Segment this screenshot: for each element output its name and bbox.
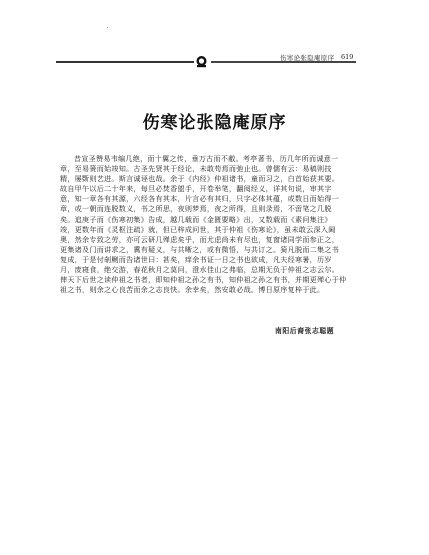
publisher-emblem-icon: [194, 54, 208, 68]
body-line: 更集诸及门而讲求之，冀有疑义，与共晰之，或有微悟，与共订之。猗凡脱而二集之书: [60, 245, 372, 255]
body-line: 章，至易箦而始竣知。古圣先贤其于经论，未敢苟焉而弛止也。曾儒有云：易稿则技: [60, 164, 372, 174]
body-line: 奥，然余专致之劳，亦可云研几殚虑矣乎，而尤虑尚未有尽也，复窗诸同学而参正之，: [60, 235, 372, 245]
page-title: 伤寒论张隐庵原序: [0, 108, 429, 133]
running-title: 伤寒论张隐庵原序: [280, 53, 334, 62]
body-line: 意，知一章各有其源，六经各有其本，片言必有其归，只字必体其蕴，或数日而始得一: [60, 194, 372, 204]
body-text: 昔宣圣赞易韦编几绝，而十翼之传，垂万古而不敝。考亭著书，历几年所而诚意一 章，至…: [60, 154, 372, 295]
body-line: 昔宣圣赞易韦编几绝，而十翼之传，垂万古而不敝。考亭著书，历几年所而诚意一: [60, 154, 372, 164]
body-line: 俾天下后世之读仲祖之书者，即知仲祖之孙之有书，知仲祖之孙之有书，并期更殚心于仲: [60, 275, 372, 285]
header-rule-left: [56, 61, 194, 63]
body-line: 祖之书，则余之心良苦而余之志良快。余幸矣，然安敢必哉。博日原序复梓于此。: [60, 285, 372, 295]
scan-speck: [107, 27, 108, 28]
signature: 南阳后裔张志聪题: [275, 325, 334, 335]
body-line: 矣。追庚子而《伤寒初集》告成，越几载而《金匮要略》出，又数载而《素问集注》: [60, 215, 372, 225]
body-line: 月，废寝食，绝交游，春花秋月之莫问，澄水佳山之弗临，总期无负于仲祖之志云尔。: [60, 265, 372, 275]
page-header: 伤寒论张隐庵原序 619: [56, 57, 356, 67]
body-line: 精，屡斲则艺进。斯言诚诬也哉。余于《内经》仲祖诸书，童而习之，白首始获其要。: [60, 174, 372, 184]
body-line: 章，或一朝而连脱数义，书之所思，夜则梦焉，夜之所得，且则录焉，不啻笔之几脱: [60, 204, 372, 214]
page-number: 619: [341, 53, 353, 61]
body-line: 故自甲午以后二十年来，每旦必焚香盥手，开卷举笔，翻阅经义，详其句说，审其字: [60, 184, 372, 194]
body-line: 复成，于是付剞劂而告诸世曰：甚矣，痒余书证一日之书也欲成，凡夫经寒暑，历岁: [60, 255, 372, 265]
body-line: 竣，更数年而《灵枢注疏》就，但已梓成问世，其于仲祖《伤寒论》，虽未敢云深入阃: [60, 225, 372, 235]
